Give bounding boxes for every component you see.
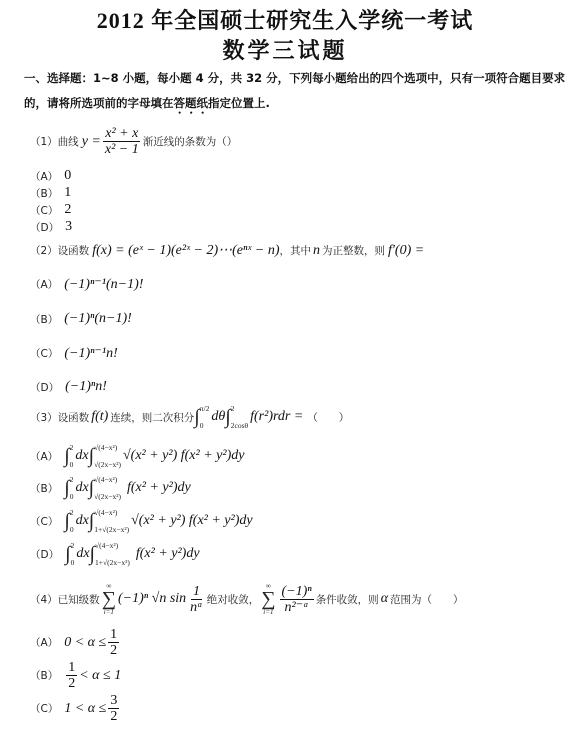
integral-limits: 22cosθ xyxy=(231,404,248,430)
question-number: （1） xyxy=(30,134,58,149)
upper-limit: 2 xyxy=(231,404,248,413)
variable: n xyxy=(313,243,320,259)
lower-limit: 0 xyxy=(70,525,74,534)
lower-limit: i=1 xyxy=(104,608,114,616)
stem-text: 已知级数 xyxy=(58,592,100,607)
section-instruction-line1: 一、选择题：1~8 小题，每小题 4 分，共 32 分，下列每小题给出的四个选项… xyxy=(24,70,565,86)
upper-limit: 2 xyxy=(70,443,74,452)
option-formula: (−1)ⁿ⁻¹(n−1)! xyxy=(64,276,143,293)
inequality-left: 1 < α ≤ xyxy=(64,701,106,717)
lower-limit: 1+√(2x−x²) xyxy=(95,558,130,567)
stem-text: ，其中 xyxy=(279,243,311,258)
stem-text: 渐近线的条数为（） xyxy=(143,134,238,149)
stem-text: 曲线 xyxy=(58,134,79,149)
question-1-stem: （1） 曲线 y = x² + x x² − 1 渐近线的条数为（） xyxy=(30,126,237,157)
option-d[interactable]: （D）3 xyxy=(30,219,72,235)
lower-limit: 0 xyxy=(70,460,74,469)
option-label: （C） xyxy=(30,514,58,529)
integral-limits: √(4−x²)√(2x−x²) xyxy=(94,475,121,501)
question-4-stem: （4） 已知级数 ∞ ∑ i=1 (−1)ⁿ √n sin 1 nᵅ 绝对收敛，… xyxy=(30,582,464,616)
denominator: 2 xyxy=(108,709,119,724)
upper-limit: π/2 xyxy=(200,404,210,413)
differential: dx xyxy=(75,480,88,496)
numerator: (−1)ⁿ xyxy=(280,584,314,600)
upper-limit: √(4−x²) xyxy=(94,475,121,484)
option-label: （B） xyxy=(30,186,58,201)
fraction: 12 xyxy=(108,627,119,658)
option-label: （C） xyxy=(30,203,58,218)
integral-limits: √(4−x²)1+√(2x−x²) xyxy=(95,541,130,567)
denominator: x² − 1 xyxy=(103,142,141,157)
option-label: （D） xyxy=(30,380,59,395)
sigma-icon: ∑ xyxy=(261,590,275,608)
stem-text: 设函数 xyxy=(58,410,90,425)
option-label: （B） xyxy=(30,312,58,327)
differential: dθ xyxy=(211,409,225,425)
series-term: (−1)ⁿ √n sin xyxy=(118,591,186,607)
denominator: 2 xyxy=(66,676,77,691)
integral-limits: √(4−x²)√(2x−x²) xyxy=(94,443,121,469)
stem-text: 条件收敛，则 xyxy=(316,592,379,607)
option-label: （D） xyxy=(30,547,59,562)
fraction: (−1)ⁿ n²⁻ᵅ xyxy=(280,584,314,615)
option-text: 3 xyxy=(65,219,72,235)
upper-limit: √(4−x²) xyxy=(94,443,121,452)
question-number: （2） xyxy=(30,243,58,258)
upper-limit: √(4−x²) xyxy=(94,508,129,517)
variable: α xyxy=(381,591,388,607)
summation: ∞ ∑ i=1 xyxy=(261,582,275,616)
upper-limit: 2 xyxy=(71,541,75,550)
option-label: （D） xyxy=(30,220,59,235)
denominator: n²⁻ᵅ xyxy=(283,600,311,615)
option-text: 2 xyxy=(64,202,71,218)
option-c[interactable]: （C）(−1)ⁿ⁻¹n! xyxy=(30,345,118,362)
option-label: （B） xyxy=(30,668,58,683)
section-instruction-line2: 的，请将所选项前的字母填在答题纸指定位置上. xyxy=(24,95,270,117)
sigma-icon: ∑ xyxy=(102,590,116,608)
lower-limit: 0 xyxy=(71,558,75,567)
integral-limits: 20 xyxy=(71,541,75,567)
instruction-text-a: 的，请将所选项前的字母填在 xyxy=(24,96,174,110)
integral-limits: √(4−x²)1+√(2x−x²) xyxy=(94,508,129,534)
option-c[interactable]: （C）2 xyxy=(30,202,71,218)
option-c[interactable]: （C） 1 < α ≤ 32 xyxy=(30,693,121,724)
option-label: （C） xyxy=(30,346,58,361)
exam-title: 2012 年全国硕士研究生入学统一考试 xyxy=(0,4,570,35)
option-d[interactable]: （D） ∫ 20 dx ∫ √(4−x²)1+√(2x−x²) f(x² + y… xyxy=(30,541,200,567)
inequality-right: < α ≤ 1 xyxy=(79,668,121,684)
integral-limits: π/20 xyxy=(200,404,210,430)
lower-limit: 1+√(2x−x²) xyxy=(94,525,129,534)
option-label: （B） xyxy=(30,481,58,496)
option-text: 1 xyxy=(64,185,71,201)
numerator: 1 xyxy=(108,627,119,643)
integral-limits: 20 xyxy=(70,508,74,534)
lower-limit: 0 xyxy=(70,492,74,501)
instruction-emphasis: 答题纸 xyxy=(174,96,209,110)
option-b[interactable]: （B） ∫ 20 dx ∫ √(4−x²)√(2x−x²) f(x² + y²)… xyxy=(30,475,191,501)
option-formula: (−1)ⁿ⁻¹n! xyxy=(64,345,117,362)
option-c[interactable]: （C） ∫ 20 dx ∫ √(4−x²)1+√(2x−x²) √(x² + y… xyxy=(30,508,253,534)
fraction: 12 xyxy=(66,660,77,691)
exam-subtitle: 数学三试题 xyxy=(0,34,570,65)
numerator: 1 xyxy=(66,660,77,676)
lower-limit: i=1 xyxy=(263,608,273,616)
numerator: 3 xyxy=(108,693,119,709)
question-number: （3） xyxy=(30,410,58,425)
fraction: x² + x x² − 1 xyxy=(103,126,141,157)
option-a[interactable]: （A） 0 < α ≤ 12 xyxy=(30,627,121,658)
differential: dx xyxy=(76,513,89,529)
stem-text: （ ） xyxy=(307,410,349,425)
integrand: √(x² + y²) f(x² + y²)dy xyxy=(123,448,244,464)
option-b[interactable]: （B）(−1)ⁿ(n−1)! xyxy=(30,311,132,327)
option-a[interactable]: （A）0 xyxy=(30,168,71,184)
summation: ∞ ∑ i=1 xyxy=(102,582,116,616)
denominator: 2 xyxy=(108,643,119,658)
integrand: f(r²)rdr = xyxy=(250,409,303,425)
formula-lhs: y = xyxy=(82,134,101,150)
stem-text: 为正整数，则 xyxy=(322,243,385,258)
option-label: （A） xyxy=(30,277,58,292)
option-a[interactable]: （A）(−1)ⁿ⁻¹(n−1)! xyxy=(30,276,143,293)
stem-text: 连续，则二次积分 xyxy=(110,410,194,425)
question-3-stem: （3） 设函数 f(t) 连续，则二次积分 ∫ π/20 dθ ∫ 22cosθ… xyxy=(30,404,349,430)
function: f(t) xyxy=(91,409,108,425)
option-label: （C） xyxy=(30,701,58,716)
lower-limit: √(2x−x²) xyxy=(94,492,121,501)
upper-limit: √(4−x²) xyxy=(95,541,130,550)
integral-limits: 20 xyxy=(70,443,74,469)
lower-limit: √(2x−x²) xyxy=(94,460,121,469)
option-b[interactable]: （B） 12 < α ≤ 1 xyxy=(30,660,121,691)
formula: f(x) = (eˣ − 1)(e²ˣ − 2)⋯(eⁿˣ − n) xyxy=(92,242,279,259)
option-formula: (−1)ⁿn! xyxy=(65,379,107,395)
integral-limits: 20 xyxy=(70,475,74,501)
differential: dx xyxy=(76,546,89,562)
upper-limit: 2 xyxy=(70,508,74,517)
denominator: nᵅ xyxy=(188,600,205,615)
question-2-stem: （2） 设函数 f(x) = (eˣ − 1)(e²ˣ − 2)⋯(eⁿˣ − … xyxy=(30,242,424,259)
fraction: 1 nᵅ xyxy=(188,584,205,615)
differential: dx xyxy=(75,448,88,464)
formula: f′(0) = xyxy=(388,243,424,259)
numerator: x² + x xyxy=(103,126,140,142)
option-formula: (−1)ⁿ(n−1)! xyxy=(64,311,132,327)
instruction-text-b: 指定位置上. xyxy=(208,96,270,110)
lower-limit: 2cosθ xyxy=(231,421,248,430)
fraction: 32 xyxy=(108,693,119,724)
option-label: （A） xyxy=(30,635,58,650)
stem-text: 范围为（ ） xyxy=(390,592,464,607)
integrand: √(x² + y²) f(x² + y²)dy xyxy=(131,513,252,529)
question-number: （4） xyxy=(30,592,58,607)
option-b[interactable]: （B）1 xyxy=(30,185,71,201)
option-label: （A） xyxy=(30,449,58,464)
integrand: f(x² + y²)dy xyxy=(127,480,191,496)
option-a[interactable]: （A） ∫ 20 dx ∫ √(4−x²)√(2x−x²) √(x² + y²)… xyxy=(30,443,244,469)
numerator: 1 xyxy=(191,584,202,600)
stem-text: 绝对收敛， xyxy=(207,592,260,607)
option-text: 0 xyxy=(64,168,71,184)
inequality-left: 0 < α ≤ xyxy=(64,635,106,651)
option-d[interactable]: （D）(−1)ⁿn! xyxy=(30,379,107,395)
lower-limit: 0 xyxy=(200,421,210,430)
upper-limit: 2 xyxy=(70,475,74,484)
option-label: （A） xyxy=(30,169,58,184)
stem-text: 设函数 xyxy=(58,243,90,258)
integrand: f(x² + y²)dy xyxy=(136,546,200,562)
